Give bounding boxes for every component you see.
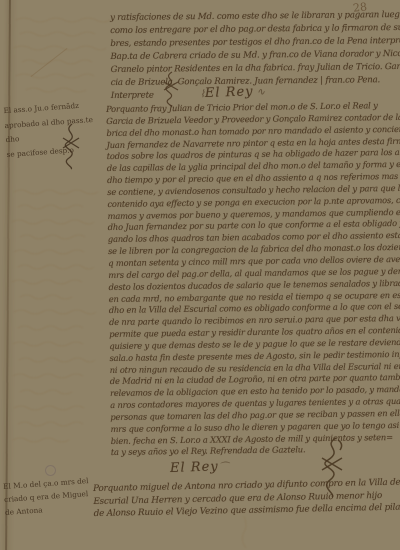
heading-text: El Rey — [170, 459, 219, 476]
heading-swash-right: ∿ — [253, 87, 265, 98]
heading-text: El Rey — [205, 84, 254, 101]
decree-paragraph-navarrete: Porquanto fray Julian de Tricio Prior de… — [106, 99, 400, 459]
margin-note-antona: El M.o del ça.o mrs delcriado q era de M… — [3, 474, 91, 519]
decree-paragraph-antona: Porquanto miguel de Antona nro criado ya… — [93, 476, 400, 520]
royal-heading-2: El Rey⌒ — [170, 458, 229, 476]
rubric-flourish-margin — [56, 122, 84, 170]
royal-heading-1: ⌇El Rey ∿ — [200, 84, 266, 101]
manuscript-page: 28 y ratisfaciones de su Md. como este d… — [0, 0, 400, 550]
heading-swash-right: ⌒ — [218, 462, 228, 473]
archive-stamp — [45, 465, 56, 476]
heading-swash-left: ⌇ — [200, 89, 205, 100]
